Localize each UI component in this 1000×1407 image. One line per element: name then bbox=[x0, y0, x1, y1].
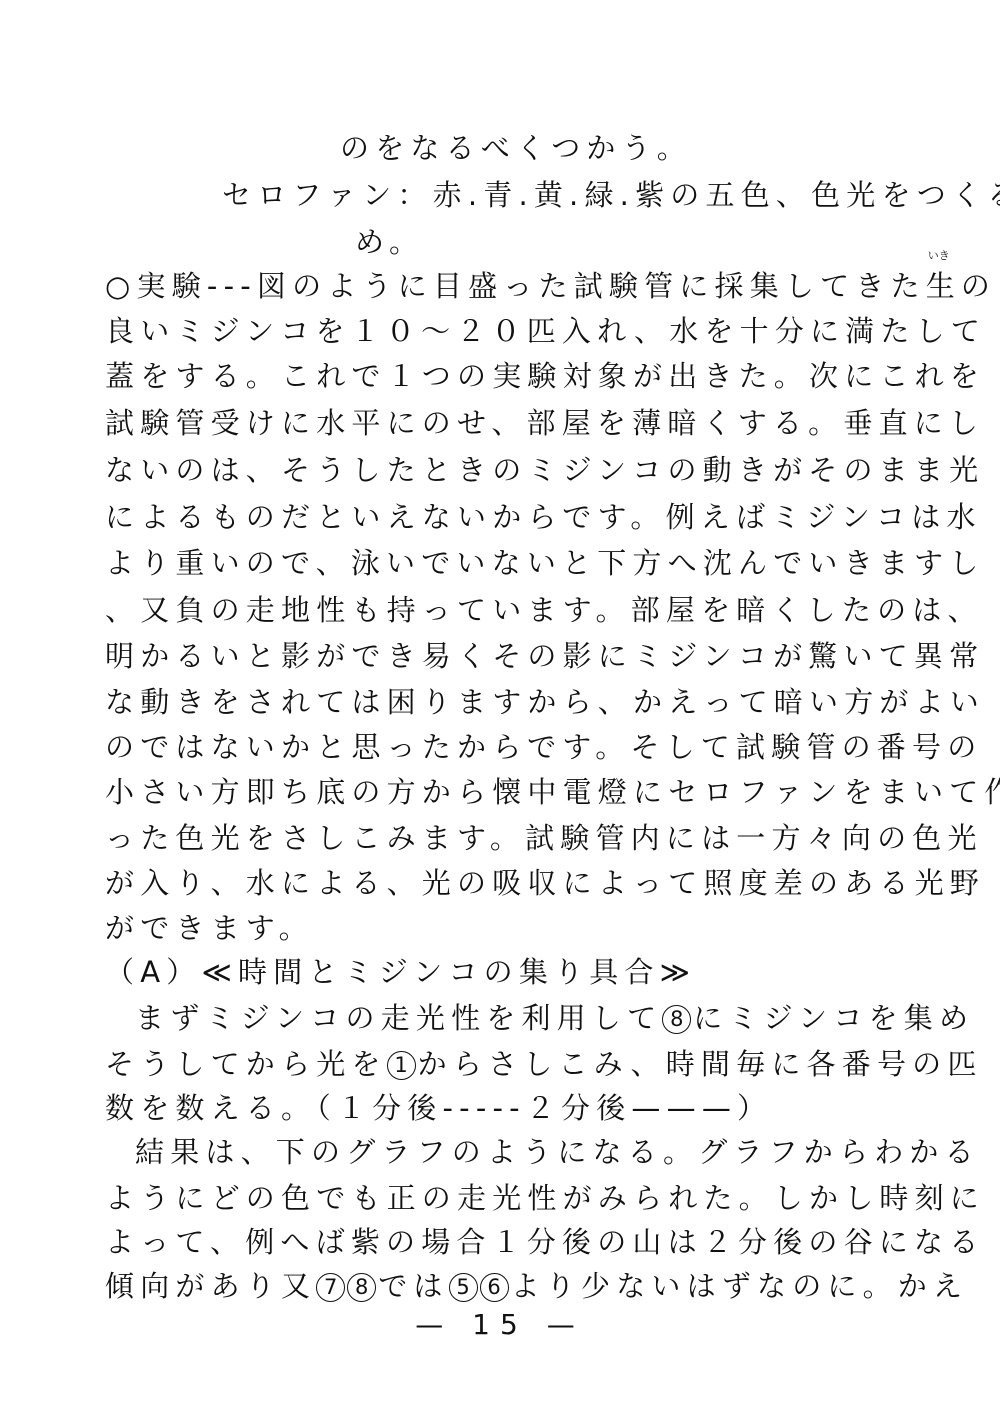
experiment-line: のではないかと思ったからです。そして試験管の番号の bbox=[105, 727, 982, 767]
section-a-line: 数を数える。（１分後-----２分後———） bbox=[105, 1088, 772, 1128]
experiment-line: 、又負の走地性も持っています。部屋を暗くしたのは、 bbox=[105, 590, 983, 630]
section-a-line: そうしてから光を1からさしこみ、時間毎に各番号の匹 bbox=[105, 1044, 983, 1084]
ruby-base: 生 bbox=[926, 269, 961, 303]
section-a-line: よって、例へば紫の場合１分後の山は２分後の谷になる bbox=[105, 1222, 984, 1262]
circled-number: 8 bbox=[662, 1005, 691, 1034]
experiment-line: 小さい方即ち底の方から懐中電燈にセロファンをまいて作 bbox=[105, 772, 1000, 812]
text-segment: まずミジンコの走光性を利用して bbox=[135, 1001, 662, 1035]
document-page: のをなるべくつかう。 セロファン：赤.青.黄.緑.紫の五色、色光をつくるた め。… bbox=[0, 0, 1000, 1407]
text-segment: ○実験---図のように目盛った試験管に採集してきた bbox=[105, 269, 926, 303]
experiment-line: ないのは、そうしたときのミジンコの動きがそのまま光 bbox=[105, 450, 984, 490]
section-a-line: 結果は、下のグラフのようになる。グラフからわかる bbox=[135, 1132, 980, 1172]
experiment-line: が入り、水による、光の吸収によって照度差のある光野 bbox=[105, 863, 985, 903]
text-segment: より少ないはずなのに。かえ bbox=[511, 1269, 969, 1303]
experiment-line: 試験管受けに水平にのせ、部屋を薄暗くする。垂直にし bbox=[105, 403, 984, 443]
experiment-line-1: ○実験---図のように目盛った試験管に採集してきたいき生の bbox=[105, 266, 996, 306]
text-segment: の bbox=[961, 269, 996, 303]
circled-number: 5 bbox=[449, 1273, 478, 1302]
circled-number: 1 bbox=[387, 1051, 416, 1080]
section-a-heading: （A）≪時間とミジンコの集り具合≫ bbox=[105, 952, 696, 992]
circled-number: 8 bbox=[347, 1273, 376, 1302]
section-a-line: まずミジンコの走光性を利用して8にミジンコを集め bbox=[135, 998, 974, 1038]
circled-number: 7 bbox=[316, 1273, 345, 1302]
text-segment: では bbox=[378, 1269, 448, 1303]
materials-line-1: のをなるべくつかう。 bbox=[340, 128, 692, 168]
experiment-line: な動きをされては困りますから、かえって暗い方がよい bbox=[105, 682, 985, 722]
experiment-line: 良いミジンコを１０〜２０匹入れ、水を十分に満たして bbox=[105, 311, 986, 351]
cellophane-text: 赤.青.黄.緑.紫の五色、色光をつくるた bbox=[433, 178, 1000, 212]
text-segment: 傾向があり又 bbox=[105, 1269, 316, 1303]
materials-line-3: め。 bbox=[355, 222, 424, 262]
section-a-line: 傾向があり又78では56より少ないはずなのに。かえ bbox=[105, 1266, 968, 1306]
circled-number: 6 bbox=[480, 1273, 509, 1302]
text-segment: にミジンコを集め bbox=[693, 1001, 974, 1035]
experiment-line: 明かるいと影ができ易くその影にミジンコが驚いて異常 bbox=[105, 636, 984, 676]
text-segment: そうしてから光を bbox=[105, 1047, 387, 1081]
text-segment: からさしこみ、時間毎に各番号の匹 bbox=[418, 1047, 983, 1081]
page-number: — 15 — bbox=[0, 1308, 1000, 1341]
experiment-line: によるものだといえないからです。例えばミジンコは水 bbox=[105, 497, 982, 537]
materials-cellophane: セロファン：赤.青.黄.緑.紫の五色、色光をつくるた bbox=[222, 175, 1000, 215]
experiment-line: った色光をさしこみます。試験管内には一方々向の色光 bbox=[105, 818, 983, 858]
experiment-line: ができます。 bbox=[105, 908, 314, 948]
ruby-reading: いき bbox=[928, 250, 950, 262]
section-a-line: ようにどの色でも正の走光性がみられた。しかし時刻に bbox=[105, 1178, 985, 1218]
experiment-line: より重いので、泳いでいないと下方へ沈んでいきますし bbox=[105, 543, 984, 583]
ruby-word: いき生 bbox=[926, 266, 961, 306]
cellophane-label: セロファン： bbox=[222, 178, 433, 212]
experiment-line: 蓋をする。これで１つの実験対象が出きた。次にこれを bbox=[105, 356, 985, 396]
